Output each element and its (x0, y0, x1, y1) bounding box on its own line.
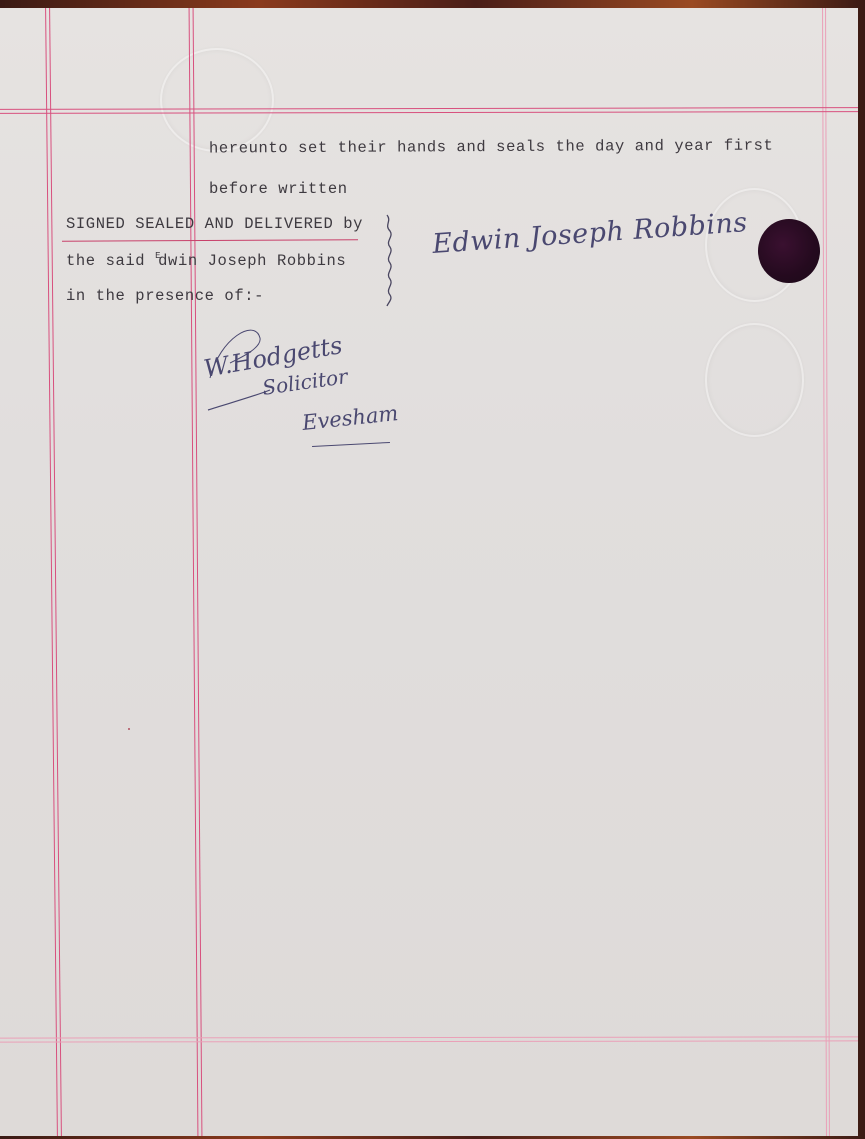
bottom-margin-rule (0, 1036, 858, 1042)
bracket-brace-icon (382, 213, 398, 308)
attestation-line-2-name: dwin Joseph Robbins (158, 252, 346, 270)
witness-flourish (200, 318, 300, 418)
inner-margin-rule (189, 8, 203, 1136)
embossed-stamp-right-lower (705, 323, 804, 437)
attestation-line-3: in the presence of:- (66, 287, 264, 305)
witness-place-underline (312, 442, 390, 447)
grantor-signature: Edwin Joseph Robbins (431, 207, 748, 260)
right-margin-rule (822, 8, 830, 1136)
embossed-stamp-top (160, 48, 274, 152)
document-page: hereunto set their hands and seals the d… (0, 8, 858, 1136)
ink-speck (128, 728, 130, 730)
wax-seal (758, 219, 820, 283)
witness-place: Evesham (301, 401, 399, 435)
left-margin-rule (45, 8, 62, 1136)
attestation-heading: SIGNED SEALED AND DELIVERED (66, 215, 333, 233)
attestation-line-2: the said Edwin Joseph Robbins (66, 251, 346, 270)
attestation-line-2-prefix: the said (66, 252, 155, 270)
body-text-line-1: hereunto set their hands and seals the d… (209, 137, 773, 158)
attestation-heading-suffix: by (333, 215, 363, 233)
attestation-underline (62, 239, 358, 242)
attestation-heading-line: SIGNED SEALED AND DELIVERED by (66, 215, 363, 233)
body-text-line-2: before written (209, 180, 348, 198)
top-margin-rule (0, 107, 858, 114)
